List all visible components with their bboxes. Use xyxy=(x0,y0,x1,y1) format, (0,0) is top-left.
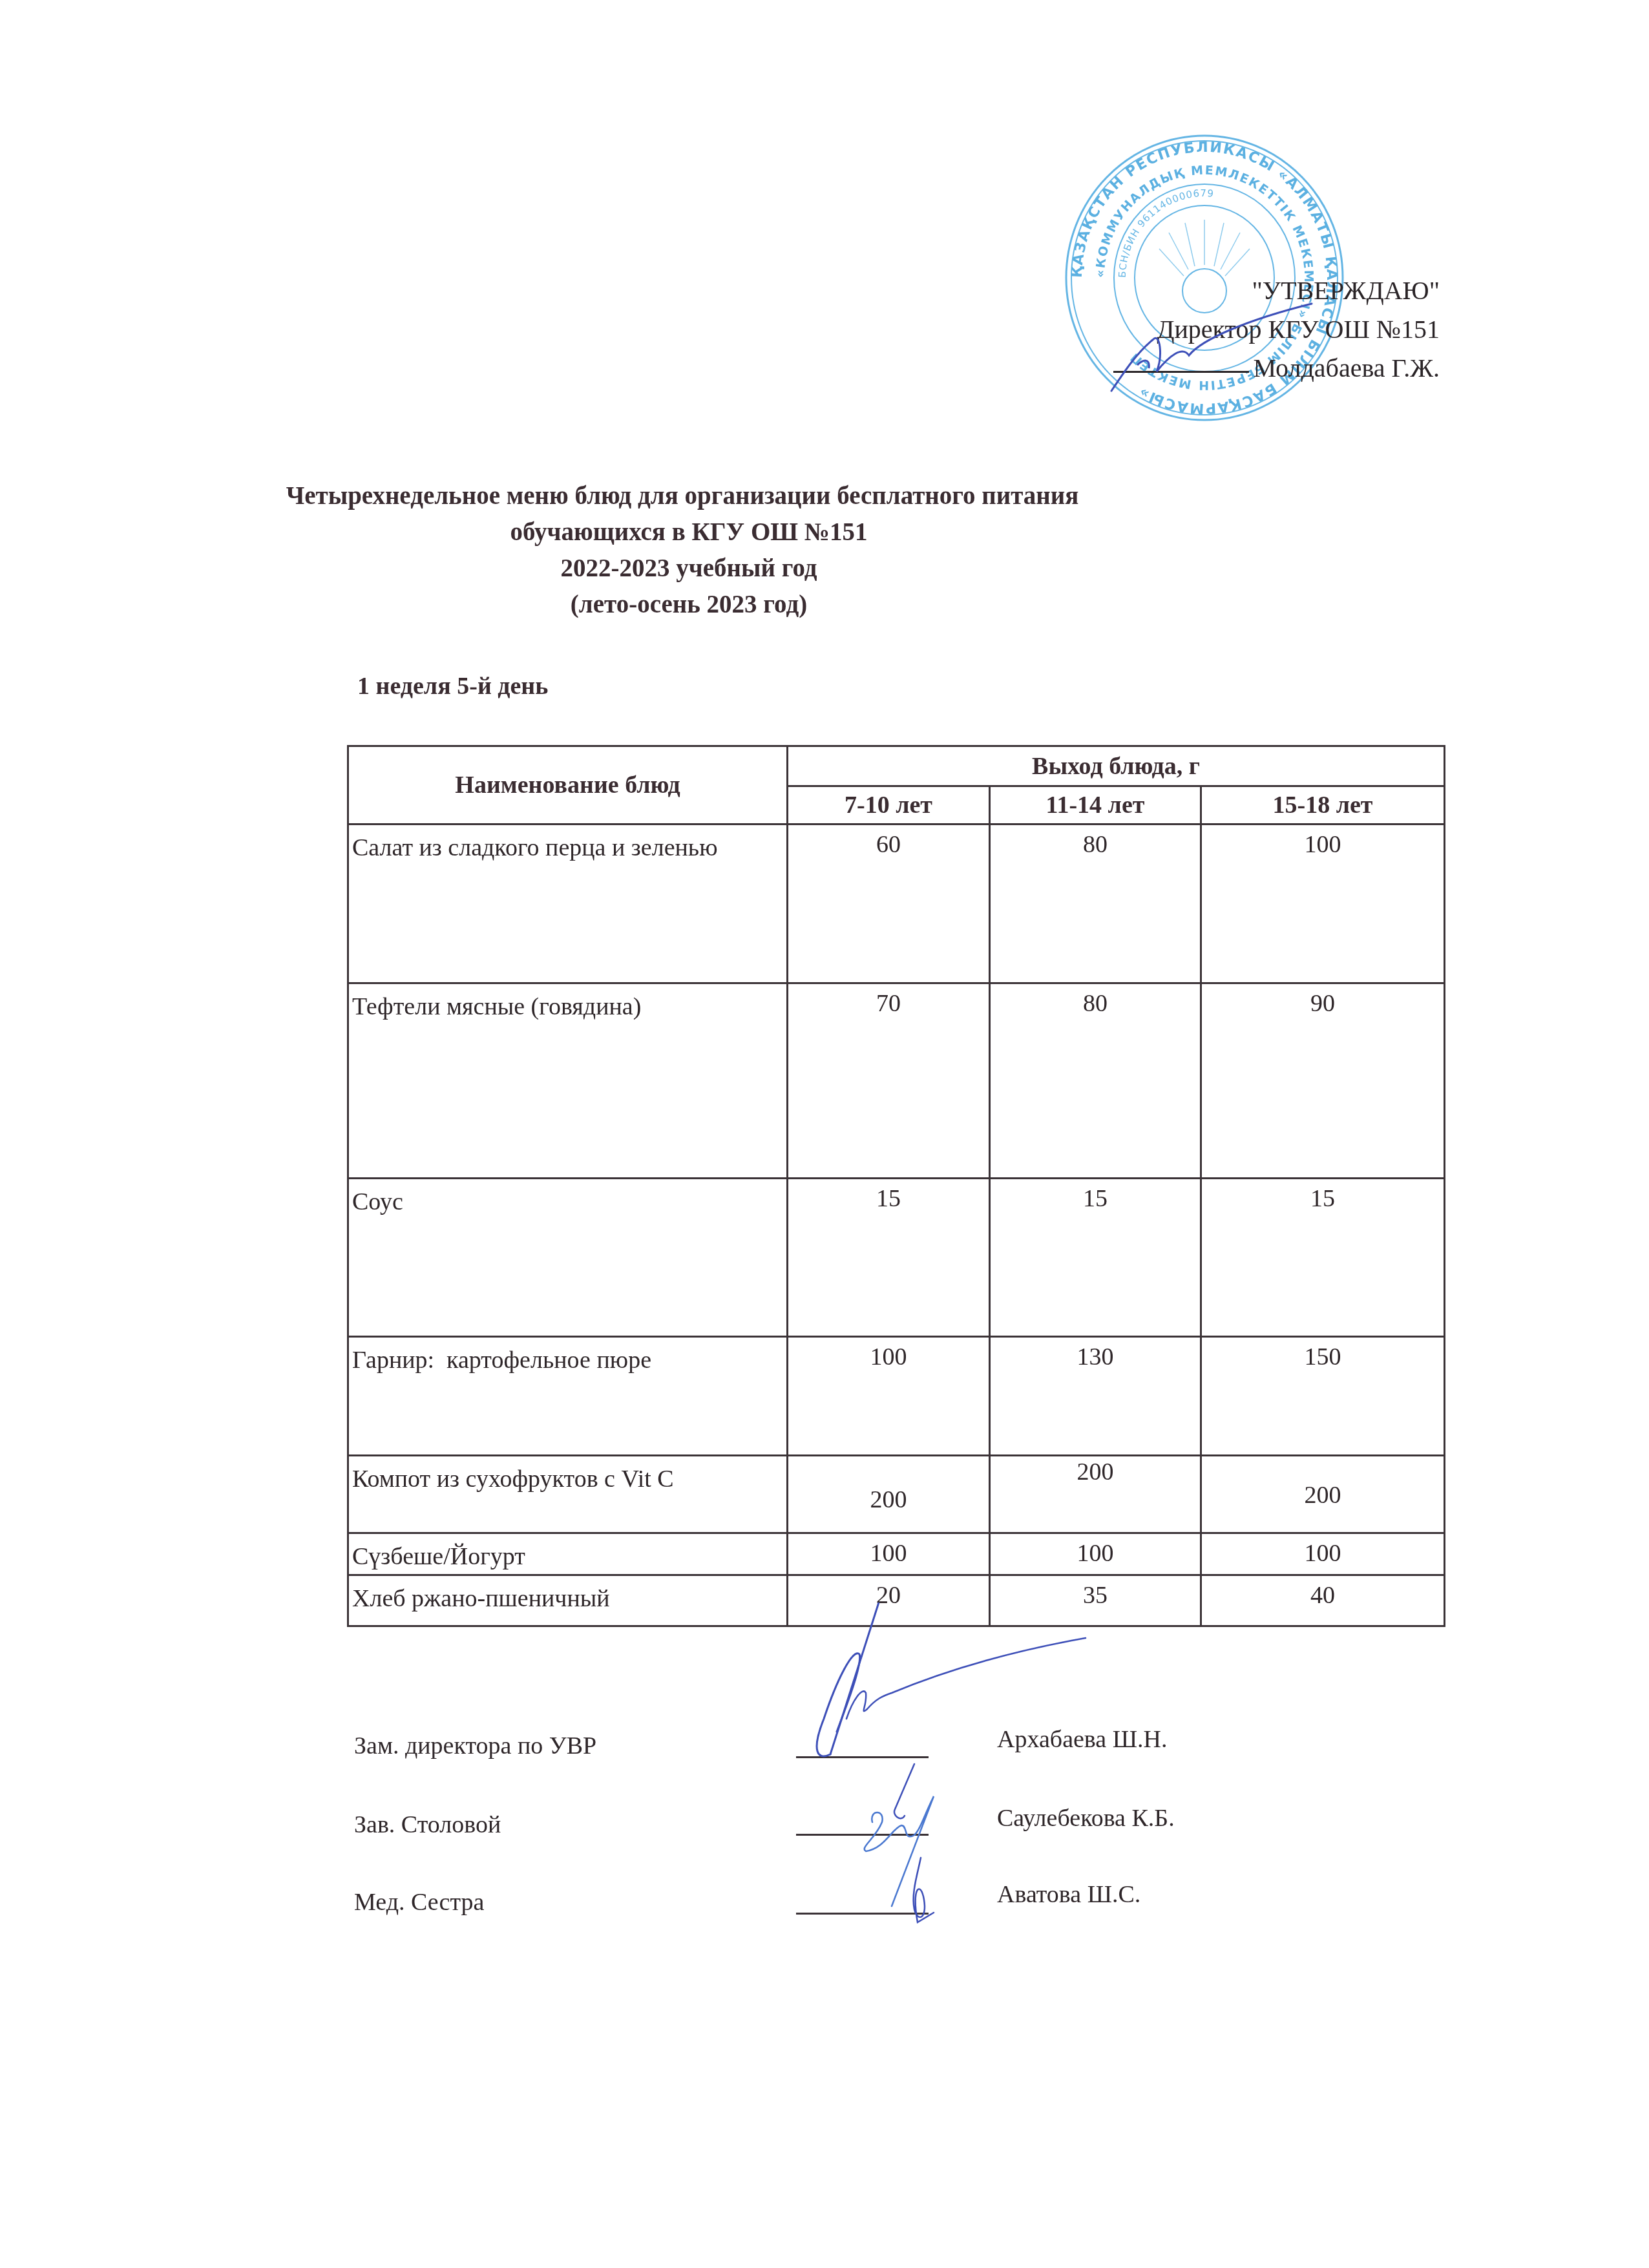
yield-15-18: 100 xyxy=(1201,824,1445,983)
dish-name: Салат из сладкого перца и зеленью xyxy=(348,824,788,983)
yield-15-18: 90 xyxy=(1201,983,1445,1179)
yield-11-14: 35 xyxy=(990,1575,1201,1626)
column-header-age-11-14: 11-14 лет xyxy=(990,786,1201,824)
title-line-3: 2022-2023 учебный год xyxy=(0,551,1649,587)
title-line-1: Четырехнедельное меню блюд для организац… xyxy=(0,478,1649,514)
table-row: Соус 15 15 15 xyxy=(348,1179,1445,1337)
dish-name: Соус xyxy=(348,1179,788,1337)
director-signature-line xyxy=(1113,371,1249,373)
yield-11-14: 200 xyxy=(990,1456,1201,1533)
menu-table: Наименование блюд Выход блюда, г 7-10 ле… xyxy=(347,745,1445,1627)
document-title: Четырехнедельное меню блюд для организац… xyxy=(0,478,1649,623)
yield-7-10: 100 xyxy=(788,1337,990,1456)
table-row: Хлеб ржано-пшеничный 20 35 40 xyxy=(348,1575,1445,1626)
yield-15-18: 15 xyxy=(1201,1179,1445,1337)
yield-7-10: 20 xyxy=(788,1575,990,1626)
signoff-role-canteen-head: Зав. Столовой xyxy=(354,1811,501,1839)
yield-15-18: 150 xyxy=(1201,1337,1445,1456)
signature-line-canteen-head xyxy=(796,1834,929,1836)
signoff-name-deputy-director: Архабаева Ш.Н. xyxy=(997,1725,1167,1754)
yield-11-14: 130 xyxy=(990,1337,1201,1456)
table-row: Тефтели мясные (говядина) 70 80 90 xyxy=(348,983,1445,1179)
yield-15-18: 100 xyxy=(1201,1533,1445,1575)
column-header-dish-name: Наименование блюд xyxy=(348,746,788,824)
title-line-4: (лето-осень 2023 год) xyxy=(0,587,1649,623)
dish-name: Компот из сухофруктов с Vit C xyxy=(348,1456,788,1533)
approval-name-row: Молдабаева Г.Ж. xyxy=(1008,349,1440,388)
approval-heading: "УТВЕРЖДАЮ" xyxy=(1008,271,1440,310)
signature-line-nurse xyxy=(796,1913,929,1915)
title-line-2: обучающихся в КГУ ОШ №151 xyxy=(0,514,1649,551)
yield-7-10: 60 xyxy=(788,824,990,983)
yield-7-10: 70 xyxy=(788,983,990,1179)
dish-name: Сүзбеше/Йогурт xyxy=(348,1533,788,1575)
week-day-heading: 1 неделя 5-й день xyxy=(357,672,548,700)
signoff-role-deputy-director: Зам. директора по УВР xyxy=(354,1732,596,1760)
dish-name: Хлеб ржано-пшеничный xyxy=(348,1575,788,1626)
yield-15-18: 40 xyxy=(1201,1575,1445,1626)
approval-name: Молдабаева Г.Ж. xyxy=(1253,353,1440,383)
yield-7-10: 200 xyxy=(788,1456,990,1533)
yield-11-14: 15 xyxy=(990,1179,1201,1337)
column-header-age-7-10: 7-10 лет xyxy=(788,786,990,824)
column-header-age-15-18: 15-18 лет xyxy=(1201,786,1445,824)
column-header-yield: Выход блюда, г xyxy=(788,746,1445,786)
yield-15-18: 200 xyxy=(1201,1456,1445,1533)
yield-7-10: 100 xyxy=(788,1533,990,1575)
svg-text:БСН/БИН 961140000679: БСН/БИН 961140000679 xyxy=(1117,187,1215,278)
yield-7-10: 15 xyxy=(788,1179,990,1337)
signature-line-deputy-director xyxy=(796,1756,929,1758)
table-row: Салат из сладкого перца и зеленью 60 80 … xyxy=(348,824,1445,983)
signoff-name-nurse: Аватова Ш.С. xyxy=(997,1880,1140,1909)
approval-block: "УТВЕРЖДАЮ" Директор КГУ ОШ №151 Молдаба… xyxy=(1008,271,1440,388)
table-row: Компот из сухофруктов с Vit C 200 200 20… xyxy=(348,1456,1445,1533)
dish-name: Гарнир: картофельное пюре xyxy=(348,1337,788,1456)
signoff-role-nurse: Мед. Сестра xyxy=(354,1888,484,1916)
yield-11-14: 100 xyxy=(990,1533,1201,1575)
table-row: Сүзбеше/Йогурт 100 100 100 xyxy=(348,1533,1445,1575)
approval-position: Директор КГУ ОШ №151 xyxy=(1008,310,1440,349)
yield-11-14: 80 xyxy=(990,824,1201,983)
yield-11-14: 80 xyxy=(990,983,1201,1179)
dish-name: Тефтели мясные (говядина) xyxy=(348,983,788,1179)
table-row: Гарнир: картофельное пюре 100 130 150 xyxy=(348,1337,1445,1456)
signoff-name-canteen-head: Саулебекова К.Б. xyxy=(997,1804,1175,1832)
